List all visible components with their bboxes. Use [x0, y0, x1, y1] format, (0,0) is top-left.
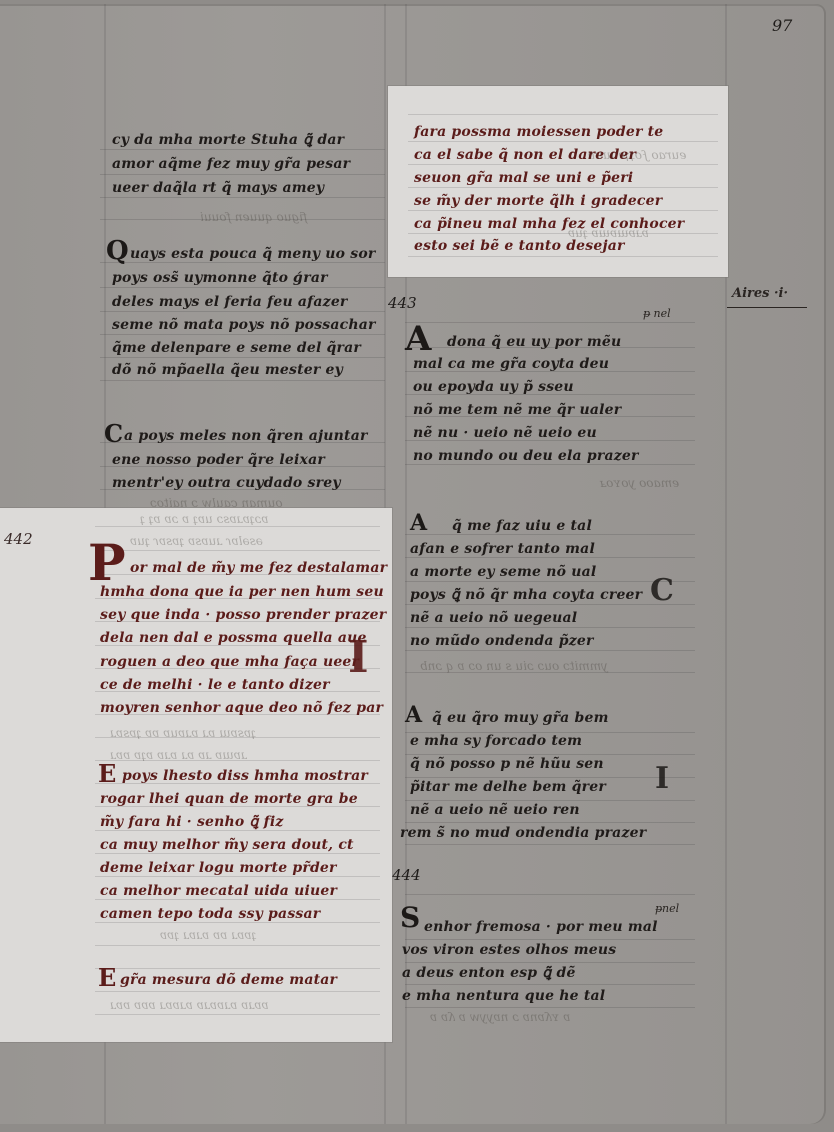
verse-line: q̃ nõ posso p nẽ hũu sen [410, 756, 604, 772]
verse-line: ca melhor mecatal uida uiuer [100, 883, 337, 899]
verse-line: esto sei bẽ e tanto desejar [414, 238, 625, 254]
verse-line: nẽ a ueio nẽ ueio ren [410, 802, 580, 818]
verse-line: a poys meles non q̃ren ajuntar [124, 428, 368, 444]
verse-line: rem s̃ no mud ondendia prazer [400, 825, 646, 841]
verse-line: q̃ eu q̃ro muy gr̃a bem [432, 710, 609, 726]
initial-letter: E [98, 966, 116, 990]
verse-line: ene nosso poder q̃re leixar [112, 452, 325, 468]
bleedthrough-initial: C [650, 576, 674, 606]
verse-line: gr̃a mesura dõ deme matar [120, 972, 337, 988]
verse-line: nẽ a ueio nõ uegeual [410, 610, 577, 626]
verse-line: seuon gr̃a mal se uni e p̃eri [414, 170, 633, 186]
poem-number: 444 [392, 866, 421, 884]
verse-line: poys ꝗ̃ nõ q̃r mha coyta creer [410, 587, 642, 603]
verse-line: ca muy melhor m̃y sera dout, ct [100, 837, 354, 853]
verse-line: no mũdo ondenda p̃zer [410, 633, 594, 649]
verse-line: dela nen dal e possma quella aue [100, 630, 367, 646]
initial-letter: A [405, 704, 422, 726]
verse-line: hmha dona que ia per nen hum seu [100, 584, 384, 600]
verse-line: mentr'ey outra cuydado srey [112, 475, 341, 491]
verse-line: nẽ nu · ueio nẽ ueio eu [413, 425, 597, 441]
verse-line: deme leixar logu morte pr̃der [100, 860, 337, 876]
folio-number: 97 [772, 16, 792, 35]
verse-line: poys oss̃ uymonne q̃to ǵrar [112, 270, 328, 286]
verse-line: poys lhesto diss hmha mostrar [122, 768, 368, 784]
initial-letter: P [88, 538, 126, 588]
verse-line: enhor fremosa · por meu mal [424, 919, 658, 935]
highlight-region-top-right: fara possma moiessen poder te ca el sabe… [388, 86, 728, 277]
verse-line: m̃y fara hi · senho ꝗ̃ fiz [100, 814, 284, 830]
verse-line: ce de melhi · le e tanto dizer [100, 677, 330, 693]
verse-line: vos viron estes olhos meus [402, 942, 616, 958]
verse-line: a deus enton esp ꝗ̃ dẽ [402, 965, 576, 981]
verse-line: a morte ey seme nõ ual [410, 564, 596, 580]
initial-letter: S [400, 904, 420, 932]
verse-line: moyren senhor aque deo nõ fez par [100, 700, 383, 716]
verse-line: seme nõ mata poys nõ possachar [112, 317, 376, 333]
verse-line: or mal de m̃y me fez destalamar [130, 560, 387, 576]
verse-line: e mha sy forcado tem [410, 733, 582, 749]
verse-line: camen tepo toda ssy passar [100, 906, 320, 922]
verse-line: no mundo ou deu ela prazer [413, 448, 639, 464]
poem-number: 442 [4, 530, 33, 548]
verse-line: sey que inda · posso prender prazer [100, 607, 386, 623]
verse-line: dona q̃ eu uy por mẽu [447, 334, 621, 350]
verse-line: roguen a deo que mha faça ueer [100, 654, 359, 670]
verse-line: fara possma moiessen poder te [414, 124, 663, 140]
verse-line: uays esta pouca q̃ meny uo sor [130, 246, 375, 262]
verse-line: q̃me delenpare e seme del q̃rar [112, 340, 361, 356]
verse-line: ueer daq̃la rt q̃ mays amey [112, 180, 324, 196]
verse-line: afan e sofrer tanto mal [410, 541, 595, 557]
margin-note: ᵽnel [655, 902, 679, 915]
verse-line: nõ me tem nẽ me q̃r ualer [413, 402, 621, 418]
margin-note: ᵽ nel [643, 307, 671, 320]
verse-line: mal ca me gr̃a coyta deu [413, 356, 609, 372]
verse-line: se m̃y der morte q̃lh i gradecer [414, 193, 662, 209]
poem-number: 443 [388, 294, 417, 312]
margin-note: Aires ·i· [732, 286, 788, 301]
verse-line: rogar lhei quan de morte gra be [100, 791, 358, 807]
verse-line: dõ nõ mp̃aella q̃eu mester ey [112, 362, 343, 378]
initial-letter: Q [106, 238, 129, 264]
verse-line: e mha nentura que he tal [402, 988, 605, 1004]
initial-letter: E [98, 762, 116, 786]
verse-line: q̃ me faz uiu e tal [452, 518, 592, 534]
initial-letter: C [104, 422, 123, 446]
initial-letter: A [405, 322, 431, 356]
highlight-region-bottom-left: 442 ɐɔʇɐɹɐsↄ uɐʇ ɐ ɔɐ ɐʇ ʇ ǝsǝlɐɾ ɹuɐsɐ … [0, 508, 392, 1042]
bleedthrough-initial: I [348, 636, 369, 680]
verse-line: p̃itar me delhe bem q̃rer [410, 779, 606, 795]
verse-line: amor aq̃me fez muy gr̃a pesar [112, 156, 350, 172]
verse-line: ou epoyda uy p̃ sseu [413, 379, 574, 395]
verse-line: deles mays el feria feu afazer [112, 294, 348, 310]
verse-line: cy da mha morte Stuha ꝗ̃ dar [112, 132, 344, 148]
bleedthrough-initial: I [655, 764, 669, 794]
initial-letter: A [410, 512, 427, 534]
